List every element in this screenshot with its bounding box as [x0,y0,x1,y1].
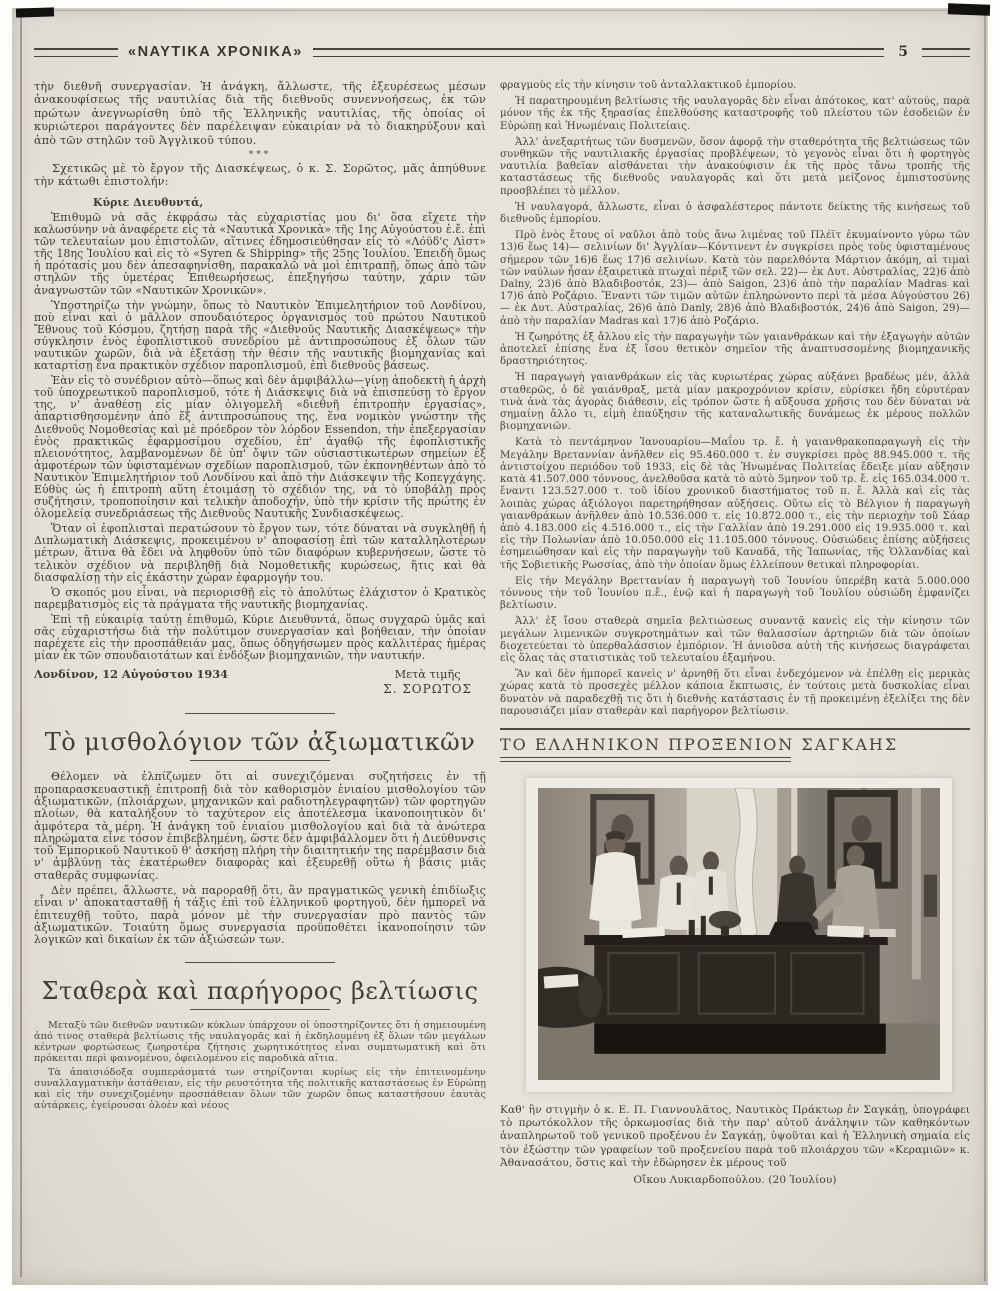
article-paragraph: Θέλομεν νὰ ἐλπίζωμεν ὅτι αἱ συνεχιζόμενα… [34,771,486,882]
column-paragraph: Ἡ ζωηρότης ἐξ ἄλλου εἰς τὴν παραγωγὴν τῶ… [500,332,970,369]
page-number: 5 [894,44,912,60]
masthead-rule-left [34,48,118,57]
article-improvement-body: Μεταξὺ τῶν διεθνῶν ναυτικῶν κύκλων ὑπάρχ… [34,1020,486,1111]
left-column: τὴν διεθνῆ συνεργασίαν. Ἡ ἀνάγκη, ἄλλωστ… [34,80,486,1277]
columns: τὴν διεθνῆ συνεργασίαν. Ἡ ἀνάγκη, ἄλλωστ… [34,80,970,1277]
letter-paragraph: Ἐὰν εἰς τὸ συνέδριον αὐτὸ—ὅπως καὶ δὲν ἀ… [34,375,486,520]
scan-edge-right [984,6,986,1281]
masthead-rule-right [922,48,970,57]
consulate-photo-backing [526,778,952,1092]
column-paragraph: Πρὸ ἑνὸς ἔτους οἱ ναῦλοι ἀπὸ τοὺς ἄνω λι… [500,230,970,328]
right-column: φραγμοὺς εἰς τὴν κίνησιν τοῦ ἀνταλλακτικ… [500,80,970,1277]
scan-edge-left [20,10,22,1277]
lead-in-paragraph: Σχετικῶς μὲ τὸ ἔργον τῆς Διασκέψεως, ὁ κ… [34,162,486,189]
letter-closing: Μετὰ τιμῆς [395,668,461,681]
column-paragraph: Ἡ ναυλαγορά, ἄλλωστε, εἶναι ὁ ἀσφαλέστερ… [500,202,970,226]
asterism-separator: *** [34,150,486,160]
newspaper-page: «ΝΑΥΤΙΚΑ ΧΡΟΝΙΚΑ» 5 τὴν διεθνῆ συνεργασί… [0,0,1000,1291]
letter-paragraph: Ὑποστηρίζω τὴν γνώμην, ὅπως τὸ Ναυτικὸν … [34,300,486,373]
consulate-section-header: ΤΟ ΕΛΛΗΝΙΚΟΝ ΠΡΟΞΕΝΙΟΝ ΣΑΓΚΑΗΣ [500,728,970,762]
section-rule [185,713,335,714]
column-paragraph: Εἰς τὴν Μεγάλην Βρεττανίαν ἡ παραγωγὴ το… [500,576,970,613]
letter-paragraph: Ἐπὶ τῇ εὐκαιρίᾳ ταύτῃ ἐπιθυμῶ, Κύριε Διε… [34,614,486,662]
letter-dateline: Λονδίνον, 12 Αὐγούστου 1934 [34,667,228,681]
letter-paragraph: Ὁ σκοπός μου εἶναι, νὰ περιορισθῇ εἰς τὸ… [34,587,486,611]
armchair [538,967,602,1028]
article-paragraph: Δὲν πρέπει, ἄλλωστε, νὰ παροραθῇ ὅτι, ἂν… [34,885,486,946]
article-title-salaries: Τὸ μισθολόγιον τῶν ἀξιωματικῶν [34,728,486,756]
letter-paragraph: Ὅταν οἱ ἐφοπλισταὶ περατώσουν τὸ ἔργον τ… [34,523,486,583]
masthead-rule-center [313,48,884,57]
consulate-office-photo [538,788,940,1080]
article-salaries-body: Θέλομεν νὰ ἐλπίζωμεν ὅτι αἱ συνεχιζόμενα… [34,771,486,946]
letter-paragraph: Ἐπιθυμῶ νὰ σᾶς ἐκφράσω τὰς εὐχαριστίας μ… [34,212,486,297]
column-paragraph: Ἡ παρατηρουμένη βελτίωσις τῆς ναυλαγορᾶς… [500,96,970,133]
column-paragraph: Ἀλλ' ἐξ ἴσου σταθερὰ σημεῖα βελτιώσεως σ… [500,616,970,665]
letter-to-editor: Κύριε Διευθυντά, Ἐπιθυμῶ νὰ σᾶς ἐκφράσω … [34,197,486,697]
photo-caption: Καθ' ἣν στιγμὴν ὁ κ. Ε. Π. Γιαννουλᾶτος,… [500,1104,970,1187]
letter-salutation: Κύριε Διευθυντά, [76,197,486,209]
letter-signature-block: Μετὰ τιμῆς Σ. ΣΟΡΩΤΟΣ [383,667,472,697]
scan-corner-mark-left [16,7,54,17]
title-underline-rule [190,1009,330,1010]
section-rule [185,962,335,963]
column-paragraph: φραγμοὺς εἰς τὴν κίνησιν τοῦ ἀνταλλακτικ… [500,80,970,92]
column-paragraph: Ἡ παραγωγὴ γαιανθράκων εἰς τὰς κυριωτέρα… [500,372,970,433]
photo-caption-text: Καθ' ἣν στιγμὴν ὁ κ. Ε. Π. Γιαννουλᾶτος,… [500,1104,970,1170]
intro-paragraph: τὴν διεθνῆ συνεργασίαν. Ἡ ἀνάγκη, ἄλλωστ… [34,80,486,147]
article-title-improvement: Σταθερὰ καὶ παρήγορος βελτίωσις [34,977,486,1005]
article-paragraph: Τὰ ἀπαισιόδοξα συμπεράσματά των στηρίζον… [34,1067,486,1111]
consulate-title-underline [500,757,791,762]
publication-title: «ΝΑΥΤΙΚΑ ΧΡΟΝΙΚΑ» [128,44,303,60]
column-paragraph: Κατὰ τὸ πεντάμηνον Ἰανουαρίου—Μαΐου τρ. … [500,437,970,571]
title-underline-rule [190,760,330,761]
column-paragraph: Ἀλλ' ἀνεξαρτήτως τῶν δυσμενῶν, ὅσον ἀφορ… [500,137,970,198]
scan-edge-top [20,10,986,11]
letter-signoff: Λονδίνον, 12 Αὐγούστου 1934 Μετὰ τιμῆς Σ… [34,667,486,697]
consulate-title: ΤΟ ΕΛΛΗΝΙΚΟΝ ΠΡΟΞΕΝΙΟΝ ΣΑΓΚΑΗΣ [500,735,970,754]
photo-caption-end: Οἴκου Λυκιαρδοπούλου. (20 Ἰουλίου) [500,1174,970,1187]
masthead: «ΝΑΥΤΙΚΑ ΧΡΟΝΙΚΑ» 5 [34,44,970,60]
column-paragraph: Ἂν καὶ δὲν ἠμπορεῖ κανεὶς ν' ἀρνηθῇ ὅτι … [500,669,970,718]
article-paragraph: Μεταξὺ τῶν διεθνῶν ναυτικῶν κύκλων ὑπάρχ… [34,1020,486,1064]
scan-corner-mark-right [948,3,990,15]
office-desk [584,935,888,1024]
letter-signature: Σ. ΣΟΡΩΤΟΣ [383,682,472,696]
consulate-top-rule [500,728,970,730]
